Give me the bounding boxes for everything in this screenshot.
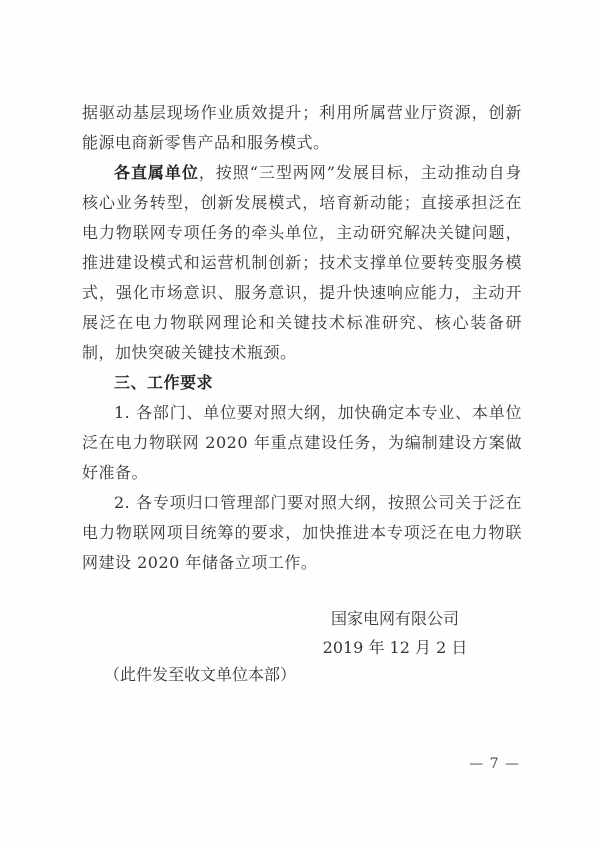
paragraph-units: 各直属单位，按照“三型两网”发展目标，主动推动自身核心业务转型，创新发展模式，培…: [82, 158, 522, 368]
signature-organization: 国家电网有限公司: [290, 604, 500, 633]
section-heading-work-requirements: 三、工作要求: [82, 368, 522, 398]
document-page: 据驱动基层现场作业质效提升；利用所属营业厅资源，创新能源电商新零售产品和服务模式…: [0, 0, 600, 848]
page-number: — 7 —: [469, 756, 520, 772]
paragraph-item-1: 1. 各部门、单位要对照大纲，加快确定本专业、本单位泛在电力物联网 2020 年…: [82, 398, 522, 488]
paragraph-item-2: 2. 各专项归口管理部门要对照大纲，按照公司关于泛在电力物联网项目统筹的要求，加…: [82, 488, 522, 578]
paragraph-continuation: 据驱动基层现场作业质效提升；利用所属营业厅资源，创新能源电商新零售产品和服务模式…: [82, 98, 522, 158]
document-body: 据驱动基层现场作业质效提升；利用所属营业厅资源，创新能源电商新零售产品和服务模式…: [82, 98, 522, 578]
paragraph-units-lead: 各直属单位: [114, 163, 199, 182]
signature-date: 2019 年 12 月 2 日: [290, 633, 500, 662]
distribution-note: （此件发至收文单位本部）: [104, 663, 296, 687]
signature-block: 国家电网有限公司 2019 年 12 月 2 日: [290, 604, 500, 662]
paragraph-units-text: ，按照“三型两网”发展目标，主动推动自身核心业务转型，创新发展模式，培育新动能；…: [82, 163, 522, 362]
